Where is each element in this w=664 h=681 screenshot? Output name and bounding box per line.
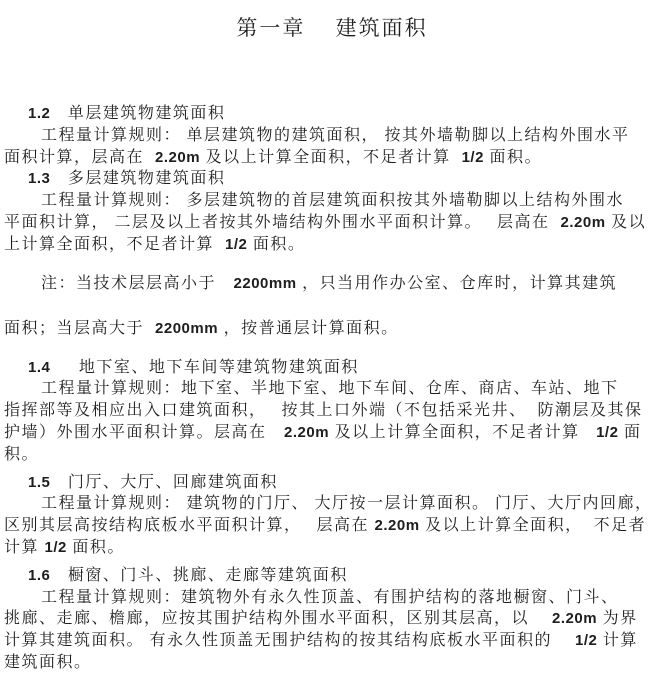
body-text: 挑廊、走廊、檐廊，应按其围护结构外围水平面积，区别其层高，以 — [4, 610, 552, 627]
note-line: 注：当技术层层高小于 2200mm ，只当用作办公室、仓库时，计算其建筑 — [0, 261, 664, 306]
text-line: 计算 1/2 面积。 — [0, 537, 664, 559]
measurement-value: 1/2 — [596, 424, 618, 441]
body-text: 指挥部等及相应出入口建筑面积， 按其上口外端（不包括采光井、 防潮层及其保 — [4, 402, 643, 419]
measurement-value: 2.20m — [552, 610, 597, 627]
body-text: 面积；当层高大于 — [4, 320, 155, 337]
body-text: 及以 — [606, 214, 647, 231]
text-line: 区别其层高按结构底板水平面积计算， 层高在 2.20m 及以上计算全面积， 不足… — [0, 515, 664, 537]
body-text: 面积。 — [67, 539, 125, 556]
measurement-value: 2200mm — [155, 320, 218, 337]
section-heading-line: 1.5 门厅、大厅、回廊建筑面积 — [0, 472, 664, 494]
document-page: 第一章 建筑面积 1.2 单层建筑物建筑面积工程量计算规则： 单层建筑物的建筑面… — [0, 0, 664, 681]
body-text: 多层建筑物建筑面积 — [50, 170, 225, 187]
body-text: 面 — [618, 424, 641, 441]
body-text: 面积计算，层高在 — [4, 149, 155, 166]
body-text: 工程量计算规则： 多层建筑物的首层建筑面积按其外墙勒脚以上结构外围水 — [41, 192, 624, 209]
section-number: 1.2 — [28, 105, 50, 122]
body-text: 单层建筑物建筑面积 — [50, 105, 225, 122]
body-text: ，按普通层计算面积。 — [218, 320, 399, 337]
measurement-value: 2.20m — [561, 214, 606, 231]
body-text: 工程量计算规则： 建筑物的门厅、 大厅按一层计算面积。 门厅、大厅内回廊， — [41, 495, 653, 512]
body-text: 及以上计算全面积，不足者计算 — [200, 149, 462, 166]
text-line: 工程量计算规则：地下室、半地下室、地下车间、仓库、商店、车站、地下 — [0, 378, 664, 400]
text-line: 工程量计算规则： 多层建筑物的首层建筑面积按其外墙勒脚以上结构外围水 — [0, 190, 664, 212]
body-text: 注：当技术层层高小于 — [41, 275, 234, 292]
measurement-value: 1/2 — [225, 236, 247, 253]
section-number: 1.4 — [28, 359, 50, 376]
body-text: 工程量计算规则：地下室、半地下室、地下车间、仓库、商店、车站、地下 — [41, 380, 619, 397]
section-number: 1.5 — [28, 474, 50, 491]
body-text: 面积。 — [484, 149, 542, 166]
text-line: 指挥部等及相应出入口建筑面积， 按其上口外端（不包括采光井、 防潮层及其保 — [0, 400, 664, 422]
body-text: 及以上计算全面积， 不足者 — [420, 517, 647, 534]
text-line: 挑廊、走廊、檐廊，应按其围护结构外围水平面积，区别其层高，以 2.20m 为界 — [0, 608, 664, 630]
measurement-value: 2.20m — [284, 424, 329, 441]
text-line: 工程量计算规则： 建筑物的门厅、 大厅按一层计算面积。 门厅、大厅内回廊， — [0, 493, 664, 515]
measurement-value: 1/2 — [575, 632, 597, 649]
text-line: 护墙）外围水平面积计算。层高在 2.20m 及以上计算全面积，不足者计算 1/2… — [0, 422, 664, 444]
body-text: 工程量计算规则：建筑物外有永久性顶盖、有围护结构的落地橱窗、门斗、 — [41, 589, 619, 606]
text-line: 工程量计算规则： 单层建筑物的建筑面积， 按其外墙勒脚以上结构外围水平 — [0, 125, 664, 147]
body-text: 计算 — [597, 632, 638, 649]
body-text: 面积。 — [247, 236, 305, 253]
chapter-title: 第一章 建筑面积 — [0, 0, 664, 42]
text-line: 建筑面积。 — [0, 652, 664, 674]
text-line: 上计算全面积，不足者计算 1/2 面积。 — [0, 234, 664, 256]
measurement-value: 1/2 — [45, 539, 67, 556]
section-heading-line: 1.6 橱窗、门斗、挑廊、走廊等建筑面积 — [0, 565, 664, 587]
body-text: 积。 — [4, 446, 39, 463]
body-text: 护墙）外围水平面积计算。层高在 — [4, 424, 284, 441]
body-text: 建筑面积。 — [4, 654, 92, 671]
body-text: 门厅、大厅、回廊建筑面积 — [50, 474, 278, 491]
body-text: 工程量计算规则： 单层建筑物的建筑面积， 按其外墙勒脚以上结构外围水平 — [41, 127, 630, 144]
section-heading-line: 1.4 地下室、地下车间等建筑物建筑面积 — [0, 357, 664, 379]
body-text: 及以上计算全面积，不足者计算 — [329, 424, 596, 441]
document-body: 1.2 单层建筑物建筑面积工程量计算规则： 单层建筑物的建筑面积， 按其外墙勒脚… — [0, 103, 664, 674]
text-line: 平面积计算， 二层及以上者按其外墙结构外围水平面积计算。 层高在 2.20m 及… — [0, 212, 664, 234]
body-text: ，只当用作办公室、仓库时，计算其建筑 — [297, 275, 618, 292]
section-number: 1.3 — [28, 170, 50, 187]
measurement-value: 2200mm — [234, 275, 297, 292]
body-text: 为界 — [597, 610, 638, 627]
body-text: 上计算全面积，不足者计算 — [4, 236, 225, 253]
text-line: 积。 — [0, 444, 664, 466]
body-text: 平面积计算， 二层及以上者按其外墙结构外围水平面积计算。 层高在 — [4, 214, 561, 231]
section-heading-line: 1.2 单层建筑物建筑面积 — [0, 103, 664, 125]
text-line: 面积计算，层高在 2.20m 及以上计算全面积，不足者计算 1/2 面积。 — [0, 147, 664, 169]
note-line: 面积；当层高大于 2200mm ，按普通层计算面积。 — [0, 306, 664, 351]
measurement-value: 2.20m — [375, 517, 420, 534]
section-number: 1.6 — [28, 567, 50, 584]
body-text: 橱窗、门斗、挑廊、走廊等建筑面积 — [50, 567, 348, 584]
body-text: 地下室、地下车间等建筑物建筑面积 — [50, 359, 359, 376]
measurement-value: 2.20m — [155, 149, 200, 166]
body-text: 区别其层高按结构底板水平面积计算， 层高在 — [4, 517, 375, 534]
body-text: 计算其建筑面积。 有永久性顶盖无围护结构的按其结构底板水平面积的 — [4, 632, 575, 649]
body-text: 计算 — [4, 539, 45, 556]
text-line: 计算其建筑面积。 有永久性顶盖无围护结构的按其结构底板水平面积的 1/2 计算 — [0, 630, 664, 652]
section-heading-line: 1.3 多层建筑物建筑面积 — [0, 168, 664, 190]
text-line: 工程量计算规则：建筑物外有永久性顶盖、有围护结构的落地橱窗、门斗、 — [0, 587, 664, 609]
measurement-value: 1/2 — [462, 149, 484, 166]
